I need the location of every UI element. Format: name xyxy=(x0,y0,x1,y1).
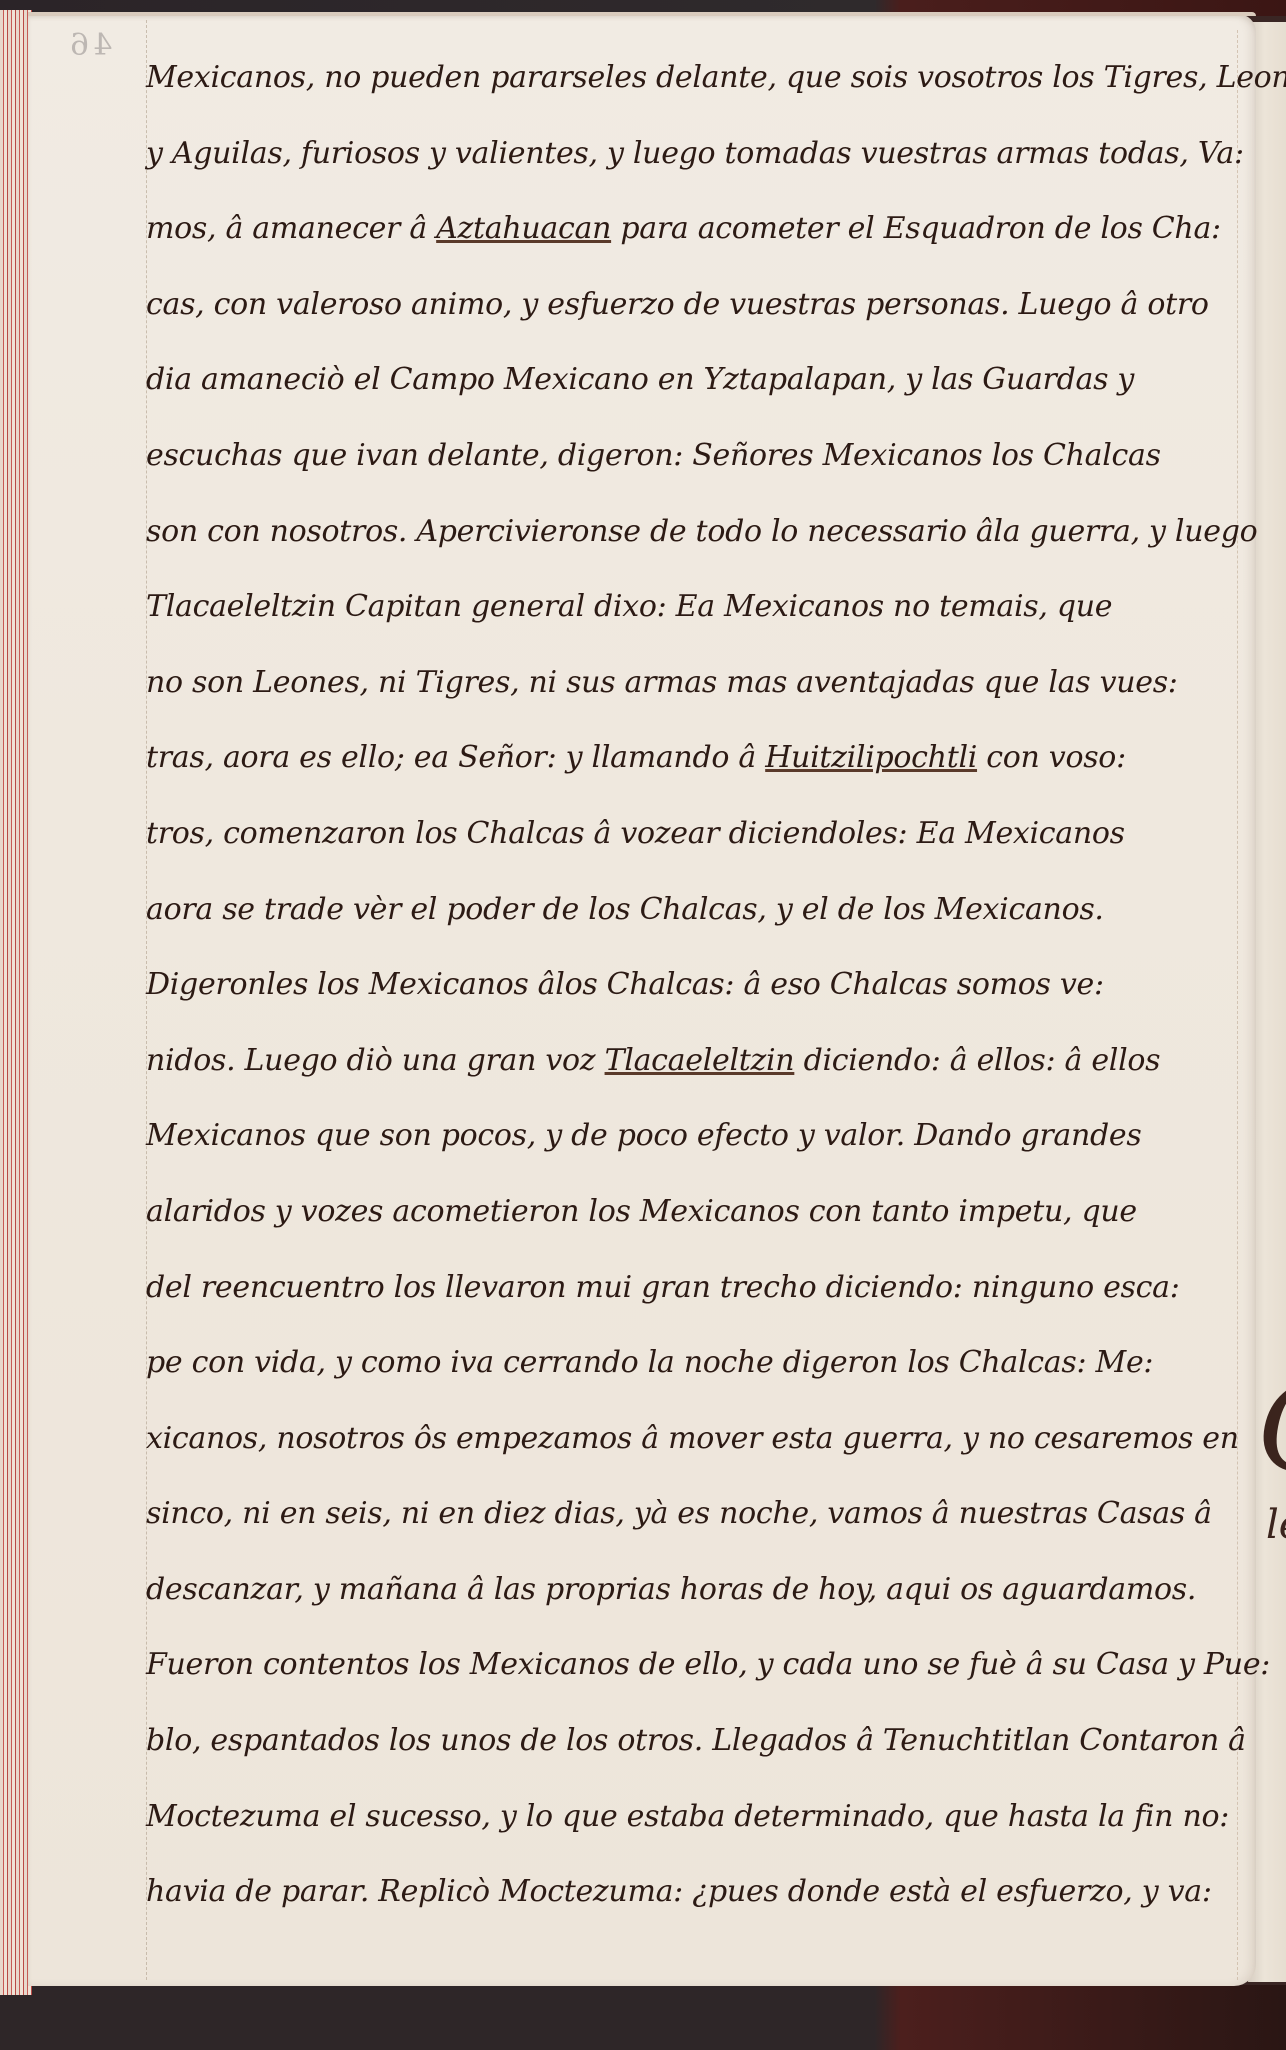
line-text: con voso: xyxy=(977,740,1126,775)
line-text: xicanos, nosotros ôs empezamos â mover e… xyxy=(146,1421,1239,1456)
line-text: havia de parar. Replicò Moctezuma: ¿pues… xyxy=(146,1874,1212,1909)
text-line: no son Leones, ni Tigres, ni sus armas m… xyxy=(146,645,1246,721)
line-text: del reencuentro los llevaron mui gran tr… xyxy=(146,1270,1180,1305)
text-line: Mexicanos que son pocos, y de poco efect… xyxy=(146,1098,1246,1174)
text-line: tras, aora es ello; ea Señor: y llamando… xyxy=(146,720,1246,796)
next-page-fragment: le xyxy=(1266,1500,1286,1550)
text-line: aora se trade vèr el poder de los Chalca… xyxy=(146,872,1246,948)
line-text: tras, aora es ello; ea Señor: y llamando… xyxy=(146,740,765,775)
text-line: Moctezuma el sucesso, y lo que estaba de… xyxy=(146,1779,1246,1855)
text-line: descanzar, y mañana â las proprias horas… xyxy=(146,1552,1246,1628)
line-text: sinco, ni en seis, ni en diez dias, yà e… xyxy=(146,1496,1212,1531)
text-line: son con nosotros. Apercivieronse de todo… xyxy=(146,494,1246,570)
text-line: Mexicanos, no pueden pararseles delante,… xyxy=(146,40,1246,116)
text-line: y Aguilas, furiosos y valientes, y luego… xyxy=(146,116,1246,192)
text-line: havia de parar. Replicò Moctezuma: ¿pues… xyxy=(146,1854,1246,1930)
line-text: Mexicanos, no pueden pararseles delante,… xyxy=(146,60,1286,95)
line-text: y Aguilas, furiosos y valientes, y luego… xyxy=(146,136,1244,171)
line-text: pe con vida, y como iva cerrando la noch… xyxy=(146,1345,1153,1380)
line-text: no son Leones, ni Tigres, ni sus armas m… xyxy=(146,665,1178,700)
underlined-person-name: Tlacaeleltzin xyxy=(605,1043,795,1078)
text-line: Fueron contentos los Mexicanos de ello, … xyxy=(146,1627,1246,1703)
text-line: pe con vida, y como iva cerrando la noch… xyxy=(146,1325,1246,1401)
line-text: nidos. Luego diò una gran voz xyxy=(146,1043,605,1078)
line-text: Digeronles los Mexicanos âlos Chalcas: â… xyxy=(146,967,1104,1002)
line-text: Moctezuma el sucesso, y lo que estaba de… xyxy=(146,1799,1229,1834)
text-line: escuchas que ivan delante, digeron: Seño… xyxy=(146,418,1246,494)
line-text: blo, espantados los unos de los otros. L… xyxy=(146,1723,1246,1758)
text-line: mos, â amanecer â Aztahuacan para acomet… xyxy=(146,191,1246,267)
text-line: del reencuentro los llevaron mui gran tr… xyxy=(146,1250,1246,1326)
line-text: tros, comenzaron los Chalcas â vozear di… xyxy=(146,816,1125,851)
text-line: cas, con valeroso animo, y esfuerzo de v… xyxy=(146,267,1246,343)
line-text: escuchas que ivan delante, digeron: Seño… xyxy=(146,438,1161,473)
line-text: descanzar, y mañana â las proprias horas… xyxy=(146,1572,1196,1607)
page-top-edge xyxy=(28,12,1256,16)
next-page-initial-letter: C xyxy=(1258,1360,1286,1510)
line-text: cas, con valeroso animo, y esfuerzo de v… xyxy=(146,287,1209,322)
line-text: Mexicanos que son pocos, y de poco efect… xyxy=(146,1118,1141,1153)
line-text: son con nosotros. Apercivieronse de todo… xyxy=(146,514,1257,549)
text-line: sinco, ni en seis, ni en diez dias, yà e… xyxy=(146,1476,1246,1552)
line-text: dia amaneciò el Campo Mexicano en Yztapa… xyxy=(146,362,1134,397)
underlined-deity-name: Huitzilipochtli xyxy=(765,740,977,775)
book-cover-bottom xyxy=(0,1985,1286,2050)
text-line: Digeronles los Mexicanos âlos Chalcas: â… xyxy=(146,947,1246,1023)
underlined-place-name: Aztahuacan xyxy=(436,211,611,246)
line-text: Fueron contentos los Mexicanos de ello, … xyxy=(146,1647,1270,1682)
line-text: Tlacaeleltzin Capitan general dixo: Ea M… xyxy=(146,589,1112,624)
line-text: alaridos y vozes acometieron los Mexican… xyxy=(146,1194,1137,1229)
text-line: nidos. Luego diò una gran voz Tlacaelelt… xyxy=(146,1023,1246,1099)
text-line: tros, comenzaron los Chalcas â vozear di… xyxy=(146,796,1246,872)
text-line: blo, espantados los unos de los otros. L… xyxy=(146,1703,1246,1779)
text-line: dia amaneciò el Campo Mexicano en Yztapa… xyxy=(146,342,1246,418)
line-text: mos, â amanecer â xyxy=(146,211,436,246)
manuscript-text: Mexicanos, no pueden pararseles delante,… xyxy=(146,40,1246,1930)
text-line: Tlacaeleltzin Capitan general dixo: Ea M… xyxy=(146,569,1246,645)
line-text: para acometer el Esquadron de los Cha: xyxy=(611,211,1221,246)
page-number: 46 xyxy=(66,28,112,63)
line-text: diciendo: â ellos: â ellos xyxy=(794,1043,1160,1078)
text-line: alaridos y vozes acometieron los Mexican… xyxy=(146,1174,1246,1250)
line-text: aora se trade vèr el poder de los Chalca… xyxy=(146,892,1104,927)
text-line: xicanos, nosotros ôs empezamos â mover e… xyxy=(146,1401,1246,1477)
